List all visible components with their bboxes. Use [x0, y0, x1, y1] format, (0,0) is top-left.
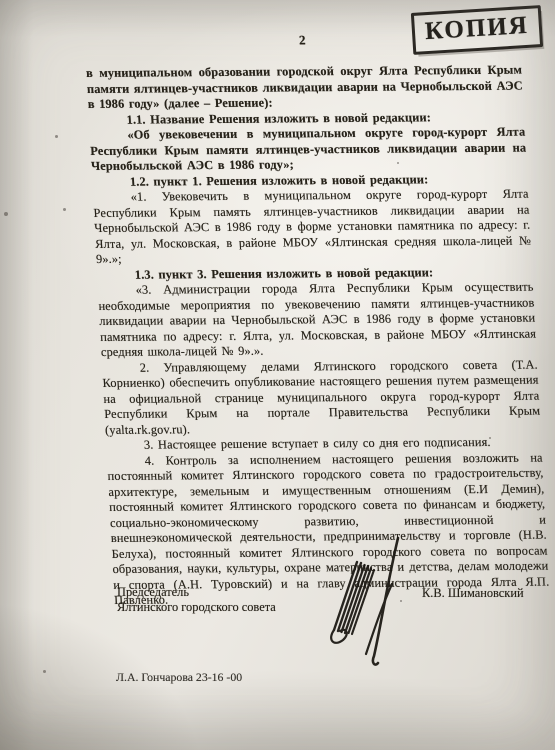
page-number: 2	[84, 31, 521, 50]
document-paragraph: в муниципальном образовании городской ок…	[86, 63, 524, 113]
dust-speck	[43, 670, 46, 673]
document-paragraph: «3. Администрации города Ялта Республики…	[97, 280, 537, 361]
dust-speck	[4, 212, 8, 216]
signer-name: К.В. Шимановский	[422, 586, 524, 601]
dust-speck	[63, 208, 66, 211]
document-photo: КОПИЯ 2 в муниципальном образовании горо…	[0, 0, 555, 750]
signer-organization: Ялтинского городского совета	[117, 600, 276, 615]
document-paragraph: «1. Увековечить в муниципальном округе г…	[92, 187, 532, 268]
dust-speck	[312, 553, 314, 555]
document-text-column: 2 в муниципальном образовании городской …	[84, 31, 550, 609]
executor-reference: Л.А. Гончарова 23-16 -00	[116, 670, 242, 685]
dust-speck	[55, 135, 58, 138]
document-paragraph: «Об увековечении в муниципальном округе …	[89, 125, 527, 175]
document-paragraph: 2. Управляющему делами Ялтинского городс…	[101, 357, 541, 438]
dust-speck	[397, 162, 399, 164]
dust-speck	[489, 437, 491, 439]
dust-speck	[400, 600, 402, 602]
signer-position: Председатель	[117, 585, 276, 600]
signature-title-block: Председатель Ялтинского городского совет…	[117, 585, 276, 615]
signature-scribble	[310, 532, 430, 672]
